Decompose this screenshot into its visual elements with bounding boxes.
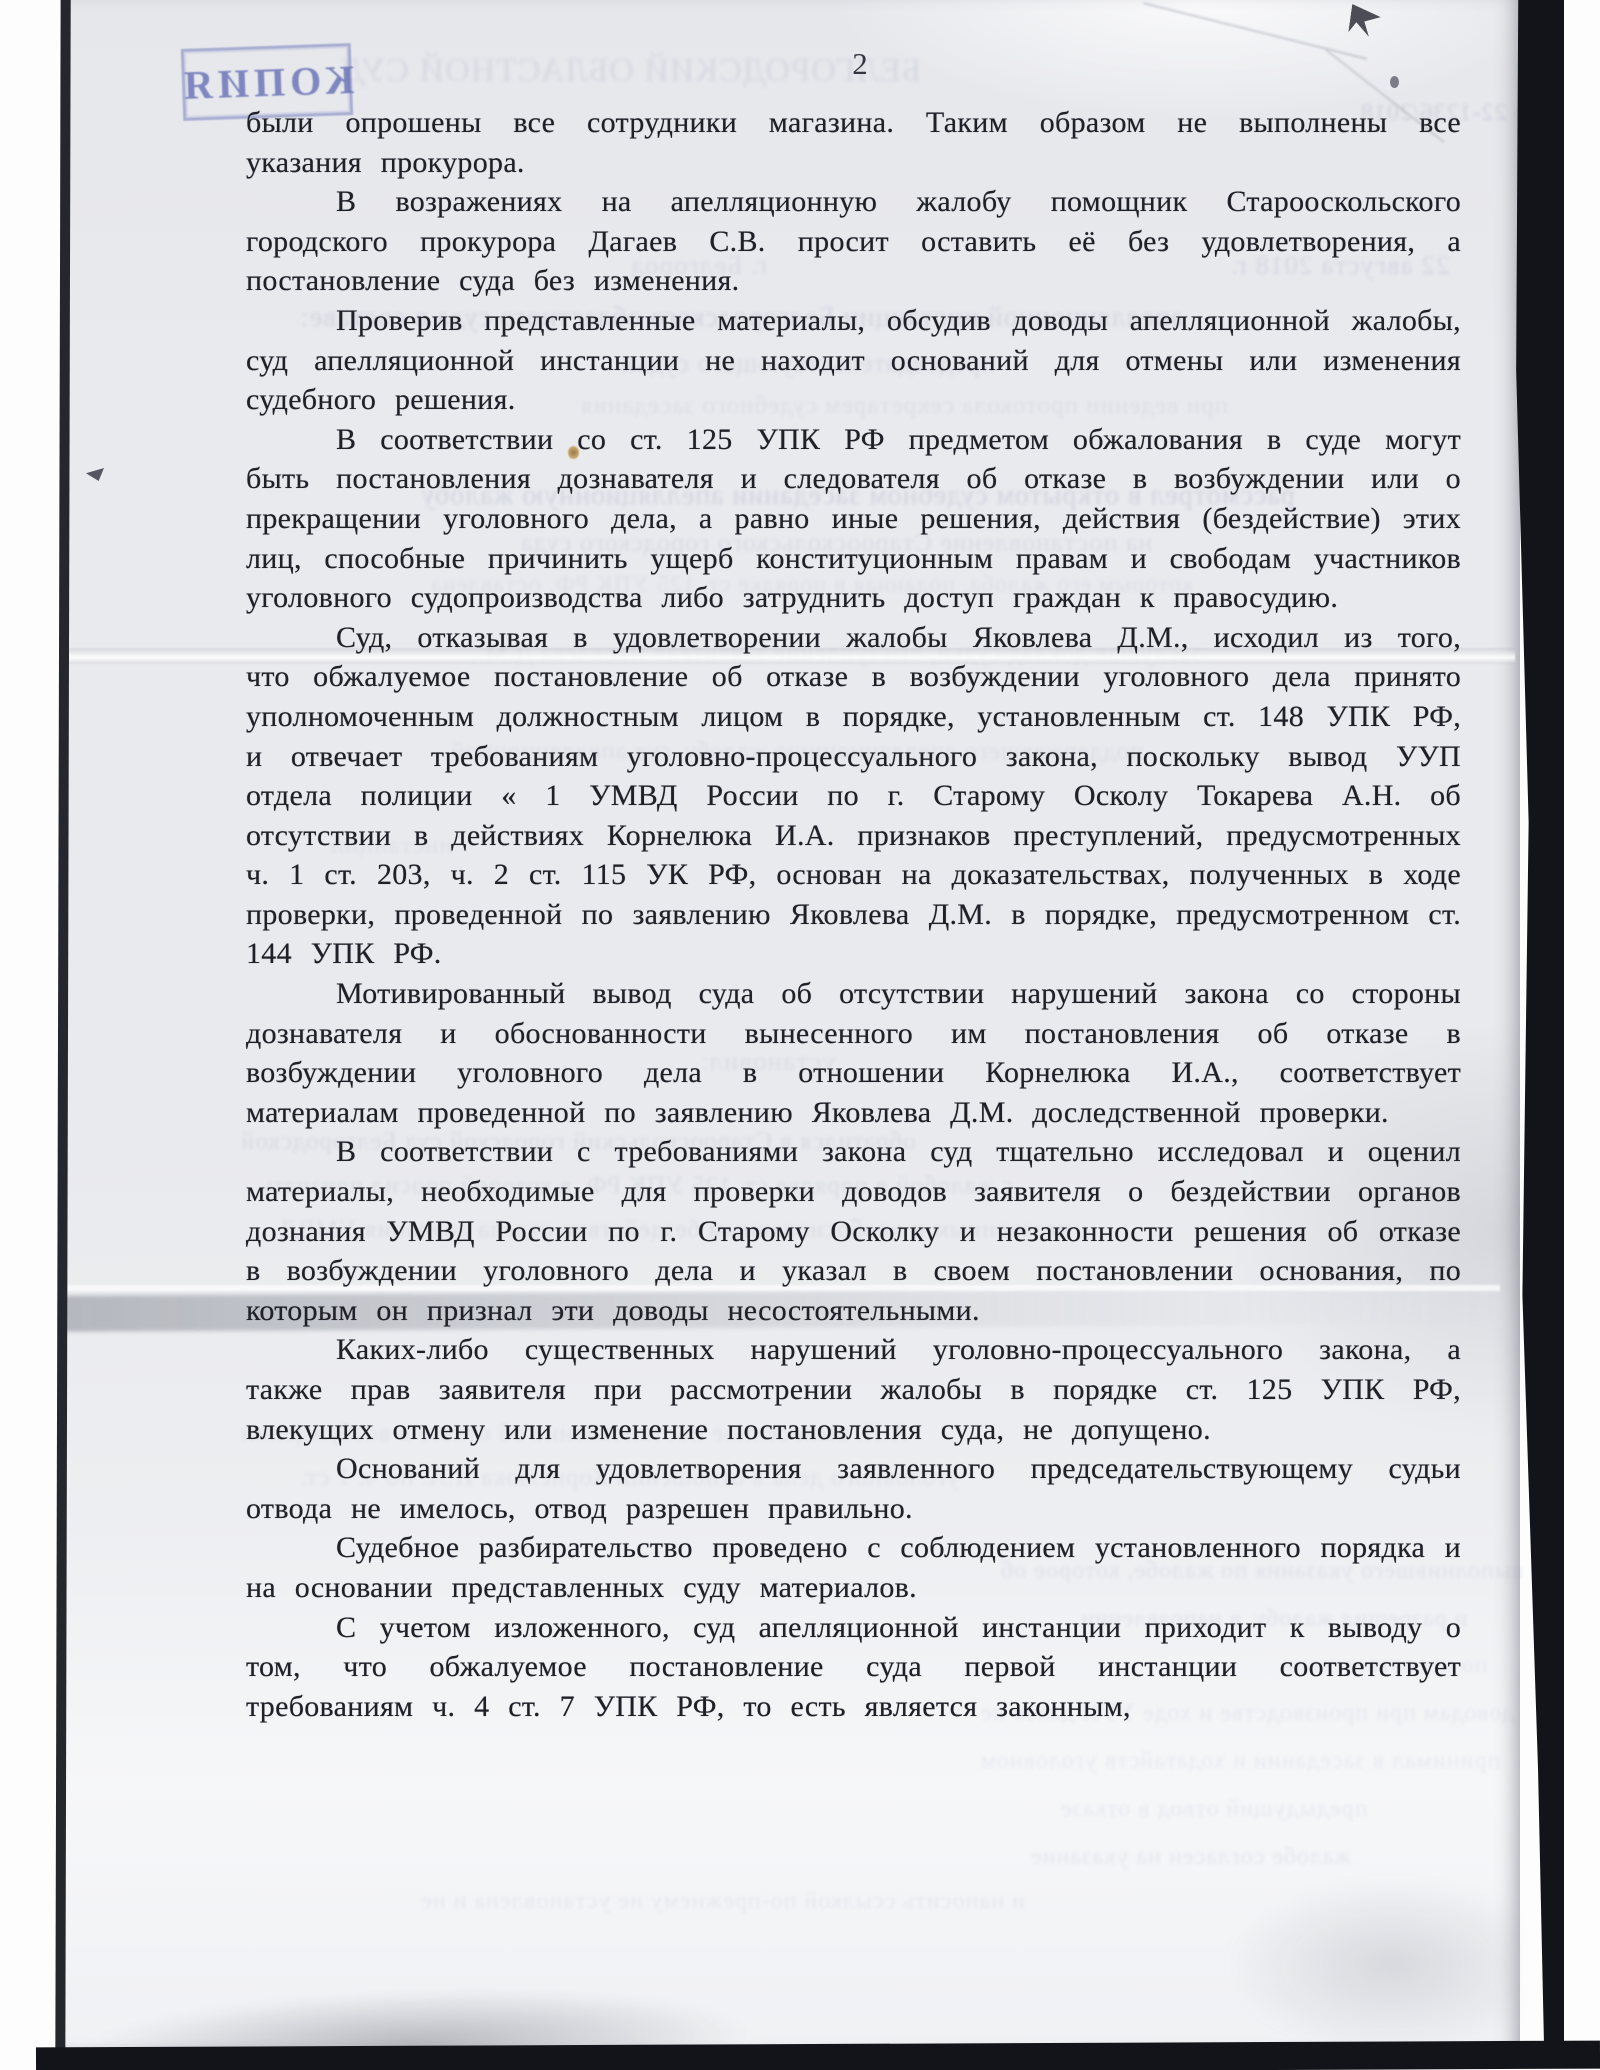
paragraph: Каких-либо существенных нарушений уголов… (246, 1330, 1461, 1449)
paper-hole-mark (1390, 76, 1399, 88)
paragraph: Проверив представленные материалы, обсуд… (246, 301, 1461, 420)
copy-stamp-label: КОПИЯ (179, 55, 356, 108)
paragraph: Оснований для удовлетворения заявленного… (246, 1449, 1461, 1528)
paragraph: В соответствии с требованиями закона суд… (246, 1132, 1461, 1330)
paragraph: Судебное разбирательство проведено с соб… (246, 1528, 1461, 1607)
paragraph: Мотивированный вывод суда об отсутствии … (246, 974, 1461, 1132)
paragraph: Суд, отказывая в удовлетворении жалобы Я… (246, 618, 1461, 974)
page-number: 2 (840, 46, 880, 82)
paragraph: С учетом изложенного, суд апелляционной … (246, 1608, 1461, 1727)
paragraph: В возражениях на апелляционную жалобу по… (246, 182, 1461, 301)
scanned-court-document-page: БЕЛГОРОДСКИЙ ОБЛАСТНОЙ СУД№ 22-1236/2018… (0, 0, 1600, 2070)
paragraph: были опрошены все сотрудники магазина. Т… (246, 103, 1461, 182)
paragraph: В соответствии со ст. 125 УПК РФ предмет… (246, 420, 1461, 618)
document-body: были опрошены все сотрудники магазина. Т… (246, 103, 1461, 1726)
bottom-right-shadow (1200, 1880, 1520, 2050)
